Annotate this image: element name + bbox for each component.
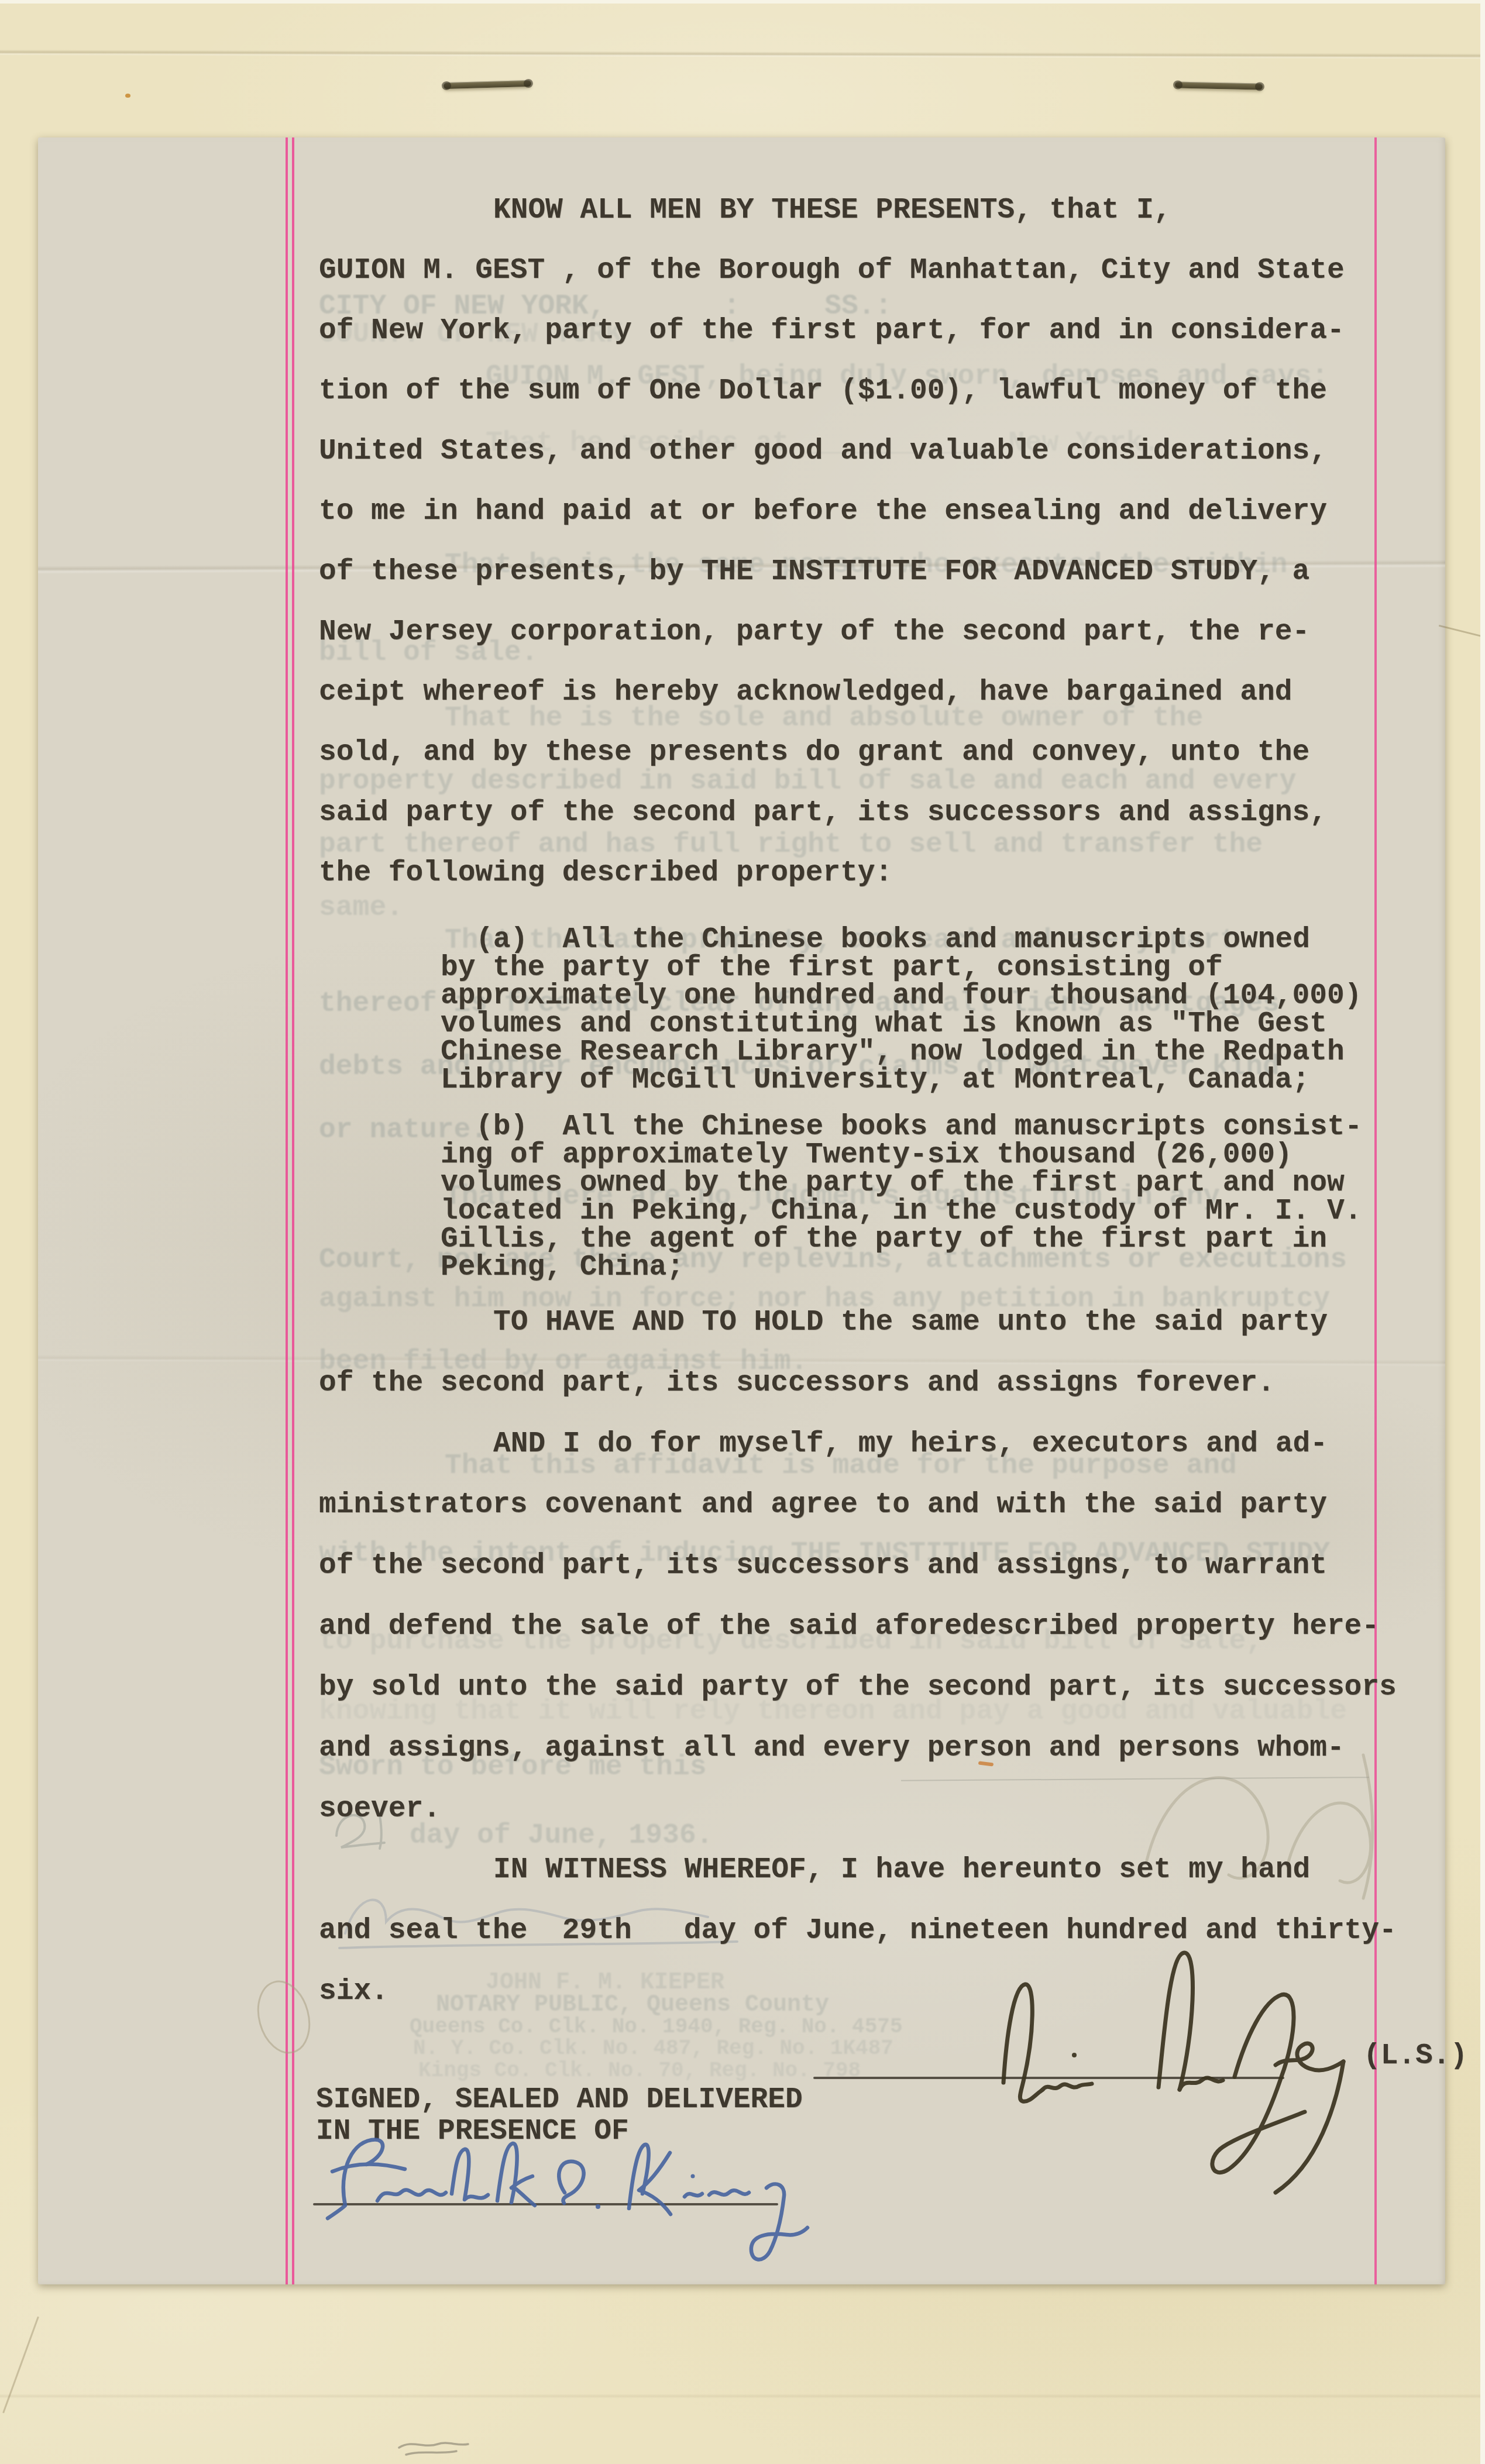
typed-line: the following described property:	[319, 859, 892, 888]
attestation-line-2: IN THE PRESENCE OF	[316, 2117, 629, 2146]
ghost-line: JOHN F. M. KIEPER	[486, 1971, 724, 1995]
typed-line: tion of the sum of One Dollar ($1.00), l…	[319, 377, 1327, 406]
ghost-line: NOTARY PUBLIC, Queens County	[436, 1994, 829, 2017]
typed-line: by the party of the first part, consisti…	[441, 954, 1223, 983]
principal-signature-line	[813, 2077, 1284, 2079]
margin-rule-right	[1374, 137, 1377, 2284]
typed-line: ministrators covenant and agree to and w…	[319, 1491, 1327, 1520]
witness-signature-line	[313, 2203, 778, 2205]
scan-edge-top	[0, 0, 1485, 4]
typed-line: of the second part, its successors and a…	[319, 1551, 1327, 1581]
typed-line: and assigns, against all and every perso…	[319, 1734, 1345, 1763]
ghost-line: property described in said bill of sale …	[319, 768, 1297, 796]
ghost-line: N. Y. Co. Clk. No. 487, Reg. No. 1K487	[413, 2038, 893, 2059]
ink-speck	[125, 94, 130, 98]
scan-edge-right	[1480, 0, 1485, 2464]
ghost-line: That he is the sole and absolute owner o…	[445, 704, 1203, 732]
typed-line: (b) All the Chinese books and manuscript…	[476, 1113, 1362, 1142]
typed-line: ing of approximately Twenty-six thousand…	[441, 1141, 1292, 1170]
typed-line: six.	[319, 1977, 389, 2007]
typed-line: volumes and constituting what is known a…	[441, 1010, 1327, 1039]
typed-line: Gillis, the agent of the party of the fi…	[441, 1225, 1327, 1254]
typed-line: and defend the sale of the said aforedes…	[319, 1612, 1379, 1641]
typed-line: and seal the 29th day of June, nineteen …	[319, 1916, 1397, 1946]
typed-line: Chinese Research Library", now lodged in…	[441, 1038, 1345, 1067]
typed-line: of the second part, its successors and a…	[319, 1369, 1275, 1398]
ghost-line: Kings Co. Clk. No. 70, Reg. No. 798	[418, 2060, 861, 2081]
ghost-line: same.	[319, 894, 403, 922]
seal-label: (L.S.)	[1363, 2042, 1467, 2071]
typed-line: TO HAVE AND TO HOLD the same unto the sa…	[493, 1308, 1328, 1337]
attestation-line-1: SIGNED, SEALED AND DELIVERED	[316, 2086, 803, 2115]
margin-rule-left	[292, 137, 294, 2284]
typed-line: ceipt whereof is hereby acknowledged, ha…	[319, 678, 1292, 707]
typed-line: approximately one hundred and four thous…	[441, 982, 1362, 1011]
typed-line: (a) All the Chinese books and manuscript…	[476, 925, 1310, 955]
typed-line: KNOW ALL MEN BY THESE PRESENTS, that I,	[493, 196, 1171, 225]
ghost-line: Queens Co. Clk. No. 1940, Reg. No. 4575	[410, 2016, 903, 2038]
typed-line: AND I do for myself, my heirs, executors…	[493, 1430, 1328, 1459]
typed-line: of New York, party of the first part, fo…	[319, 316, 1345, 346]
margin-rule-left	[286, 137, 288, 2284]
typed-line: soever.	[319, 1795, 441, 1824]
typed-line: New Jersey corporation, party of the sec…	[319, 618, 1309, 647]
typed-line: Peking, China;	[441, 1253, 684, 1282]
typed-line: IN WITNESS WHEREOF, I have hereunto set …	[493, 1856, 1310, 1885]
typed-line: sold, and by these presents do grant and…	[319, 738, 1309, 768]
typed-line: located in Peking, China, in the custody…	[441, 1197, 1362, 1226]
ghost-line: part thereof and has full right to sell …	[319, 831, 1263, 859]
typed-line: by sold unto the said party of the secon…	[319, 1673, 1397, 1702]
typed-line: United States, and other good and valuab…	[319, 437, 1327, 466]
typed-line: of these presents, by THE INSTITUTE FOR …	[319, 558, 1309, 587]
typed-line: to me in hand paid at or before the ense…	[319, 497, 1327, 526]
scanned-document: CITY OF NEW YORK, : SS.:COUNTY OF NEW YO…	[0, 0, 1485, 2464]
ghost-line: day of June, 1936.	[410, 1822, 713, 1850]
typed-line: said party of the second part, its succe…	[319, 799, 1327, 828]
typed-line: volumes owned by the party of the first …	[441, 1169, 1345, 1198]
typed-line: GUION M. GEST , of the Borough of Manhat…	[319, 256, 1345, 285]
typed-line: Library of McGill University, at Montrea…	[441, 1066, 1309, 1095]
